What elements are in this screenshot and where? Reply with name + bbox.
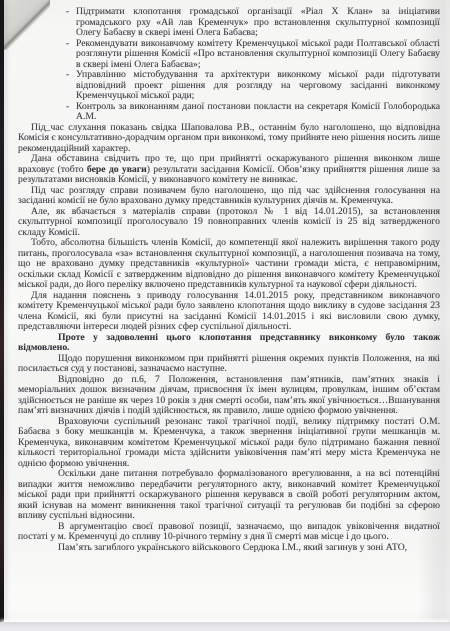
- paragraph-formalization-need: Оскільки дане питання потребувало формал…: [18, 469, 440, 522]
- dash-bullet: -: [66, 39, 69, 50]
- paragraph-legal-argument: В аргументацію своєї правової позиції, з…: [18, 522, 440, 543]
- paragraph-regulation-violation: Щодо порушення виконкомом при прийнятті …: [18, 354, 440, 375]
- paragraph-protocol-vote: Але, як вбачається з матеріалів справи (…: [18, 207, 440, 239]
- list-item-recommend-executive: - Рекомендувати виконавчому комітету Кре…: [66, 39, 440, 71]
- paragraph-public-resonance: Враховуючи суспільний резонанс такої тра…: [18, 417, 440, 470]
- dash-bullet: -: [66, 102, 69, 113]
- paragraph-witness-testimony: Під_час слухання показань свідка Шаповал…: [18, 123, 440, 155]
- paragraph-request-denied-bold: Проте у задоволенні цього клопотання пре…: [18, 333, 440, 354]
- list-item-support-petition: - Підтримати клопотання громадської орга…: [66, 7, 440, 39]
- list-item-control-secretary: - Контроль за виконанням даної постанови…: [66, 102, 440, 123]
- list-item-architecture-department: - Управлінню містобудування та архітекту…: [66, 70, 440, 102]
- page-corner-fold: [4, 0, 50, 50]
- paragraph-majority-vote: Тобто, абсолютна більшість членів Комісі…: [18, 238, 440, 291]
- list-item-text: Управлінню містобудування та архітектури…: [76, 69, 440, 101]
- scanned-document-page: - Підтримати клопотання громадської орга…: [0, 0, 450, 631]
- bold-phrase: бере до уваги: [87, 164, 147, 175]
- paragraph-plaintiff-claim: Під час розгляду справи позивачем було н…: [18, 186, 440, 207]
- document-body: - Підтримати клопотання громадської орга…: [0, 0, 450, 553]
- paragraph-fallen-soldier: Пам’ять загиблого українського військово…: [18, 543, 440, 554]
- paragraph-regulation-clause: Відповідно до п.6, 7 Положення, встановл…: [18, 375, 440, 417]
- paragraph-advisory-nature: Дана обставина свідчить про те, що при п…: [18, 154, 440, 186]
- paragraph-block: Під_час слухання показань свідка Шаповал…: [18, 123, 440, 554]
- paragraph-summon-request: Для надання пояснень з приводу голосуван…: [18, 291, 440, 333]
- list-item-text: Підтримати клопотання громадської органі…: [76, 6, 440, 38]
- scan-bottom-strip: [0, 622, 450, 631]
- dash-bullet: -: [66, 70, 69, 81]
- dash-bullet: -: [66, 7, 69, 18]
- list-item-text: Рекомендувати виконавчому комітету Креме…: [76, 38, 440, 70]
- list-item-text: Контроль за виконанням даної постанови п…: [76, 101, 440, 123]
- resolution-list: - Підтримати клопотання громадської орга…: [66, 7, 440, 123]
- scan-left-edge: [0, 0, 4, 622]
